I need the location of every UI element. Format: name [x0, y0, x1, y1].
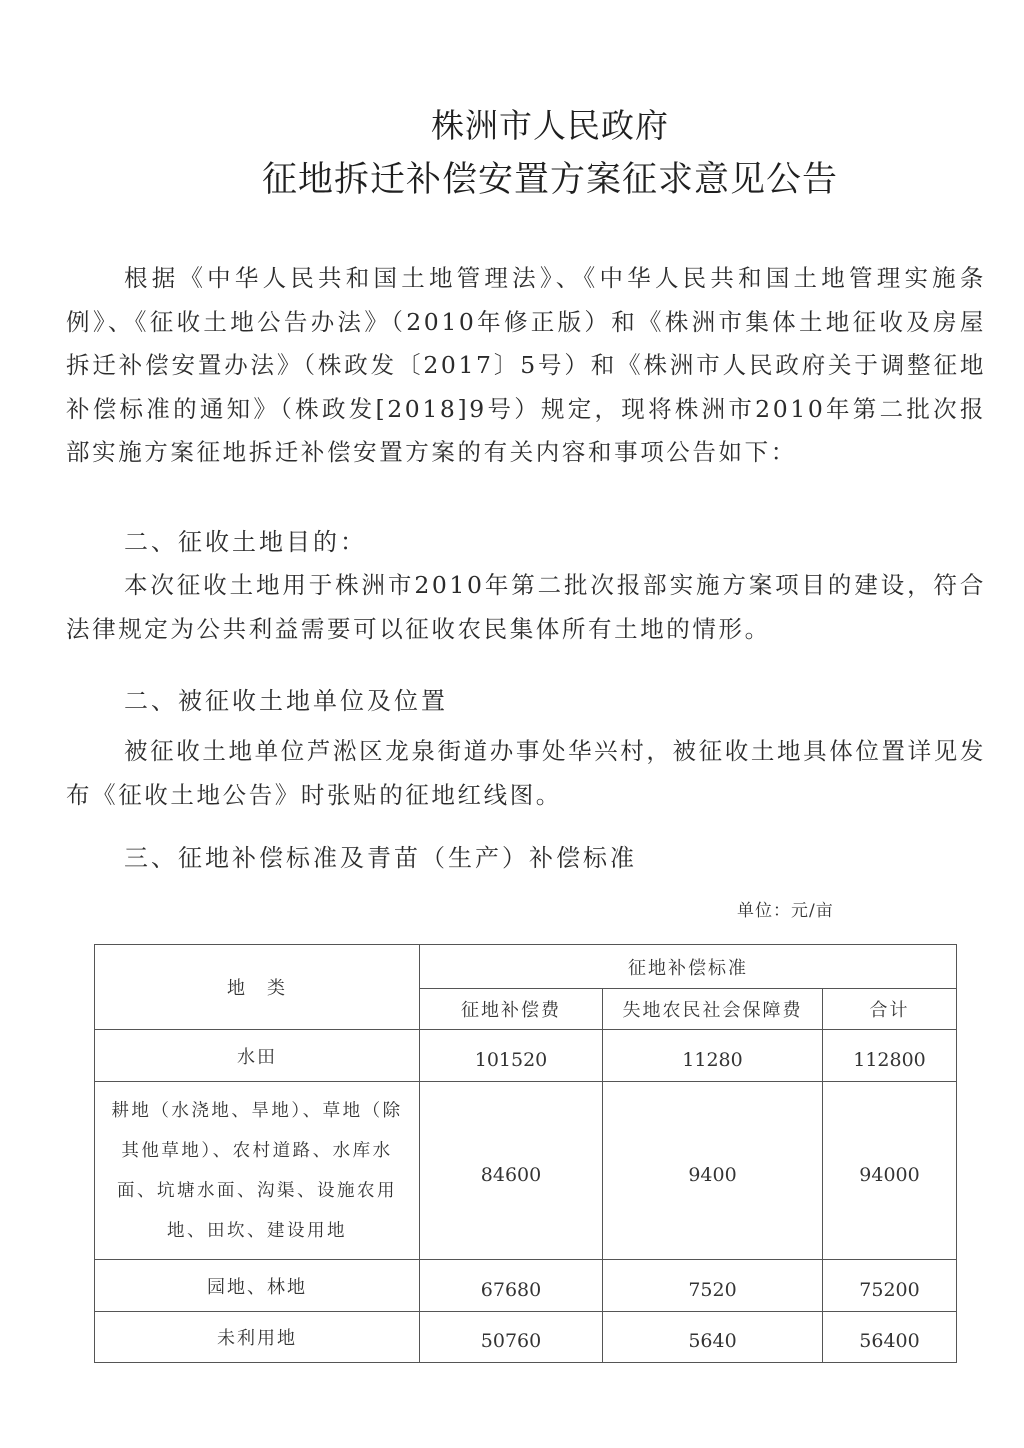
- header-land-type: 地 类: [95, 945, 420, 1030]
- unit-label: 单位：元/亩: [737, 896, 834, 921]
- cell-social-security-fee: 11280: [603, 1030, 823, 1082]
- header-compensation-standard: 征地补偿标准: [420, 945, 957, 989]
- cell-compensation-fee: 84600: [420, 1082, 603, 1260]
- cell-social-security-fee: 5640: [603, 1312, 823, 1363]
- cell-land-type: 耕地（水浇地、旱地）、草地（除其他草地）、农村道路、水库水面、坑塘水面、沟渠、设…: [95, 1082, 420, 1260]
- section-body-location: 被征收土地单位芦淞区龙泉街道办事处华兴村，被征收土地具体位置详见发布《征收土地公…: [66, 730, 986, 817]
- table-row: 水田 101520 11280 112800: [95, 1030, 957, 1082]
- cell-compensation-fee: 50760: [420, 1312, 603, 1363]
- cell-social-security-fee: 9400: [603, 1082, 823, 1260]
- header-col-compensation-fee: 征地补偿费: [420, 989, 603, 1030]
- cell-compensation-fee: 101520: [420, 1030, 603, 1082]
- table-row: 耕地（水浇地、旱地）、草地（除其他草地）、农村道路、水库水面、坑塘水面、沟渠、设…: [95, 1082, 957, 1260]
- cell-total: 75200: [823, 1260, 957, 1312]
- table-row: 未利用地 50760 5640 56400: [95, 1312, 957, 1363]
- cell-land-type: 水田: [95, 1030, 420, 1082]
- document-title-line2: 征地拆迁补偿安置方案征求意见公告: [38, 152, 1024, 202]
- cell-total: 56400: [823, 1312, 957, 1363]
- cell-total: 112800: [823, 1030, 957, 1082]
- section-heading-purpose: 二、征收土地目的：: [124, 522, 367, 557]
- header-col-total: 合计: [823, 989, 957, 1030]
- cell-social-security-fee: 7520: [603, 1260, 823, 1312]
- table-row: 园地、林地 67680 7520 75200: [95, 1260, 957, 1312]
- section-body-purpose: 本次征收土地用于株洲市2010年第二批次报部实施方案项目的建设，符合法律规定为公…: [66, 564, 986, 651]
- compensation-table: 地 类 征地补偿标准 征地补偿费 失地农民社会保障费 合计 水田 101520 …: [94, 944, 957, 1363]
- document-title-line1: 株洲市人民政府: [38, 100, 1024, 147]
- cell-total: 94000: [823, 1082, 957, 1260]
- cell-land-type: 园地、林地: [95, 1260, 420, 1312]
- cell-compensation-fee: 67680: [420, 1260, 603, 1312]
- cell-land-type: 未利用地: [95, 1312, 420, 1363]
- intro-paragraph: 根据《中华人民共和国土地管理法》、《中华人民共和国土地管理实施条例》、《征收土地…: [66, 257, 986, 475]
- section-heading-compensation: 三、征地补偿标准及青苗（生产）补偿标准: [124, 838, 637, 873]
- header-col-social-security-fee: 失地农民社会保障费: [603, 989, 823, 1030]
- section-heading-location: 二、被征收土地单位及位置: [124, 681, 448, 716]
